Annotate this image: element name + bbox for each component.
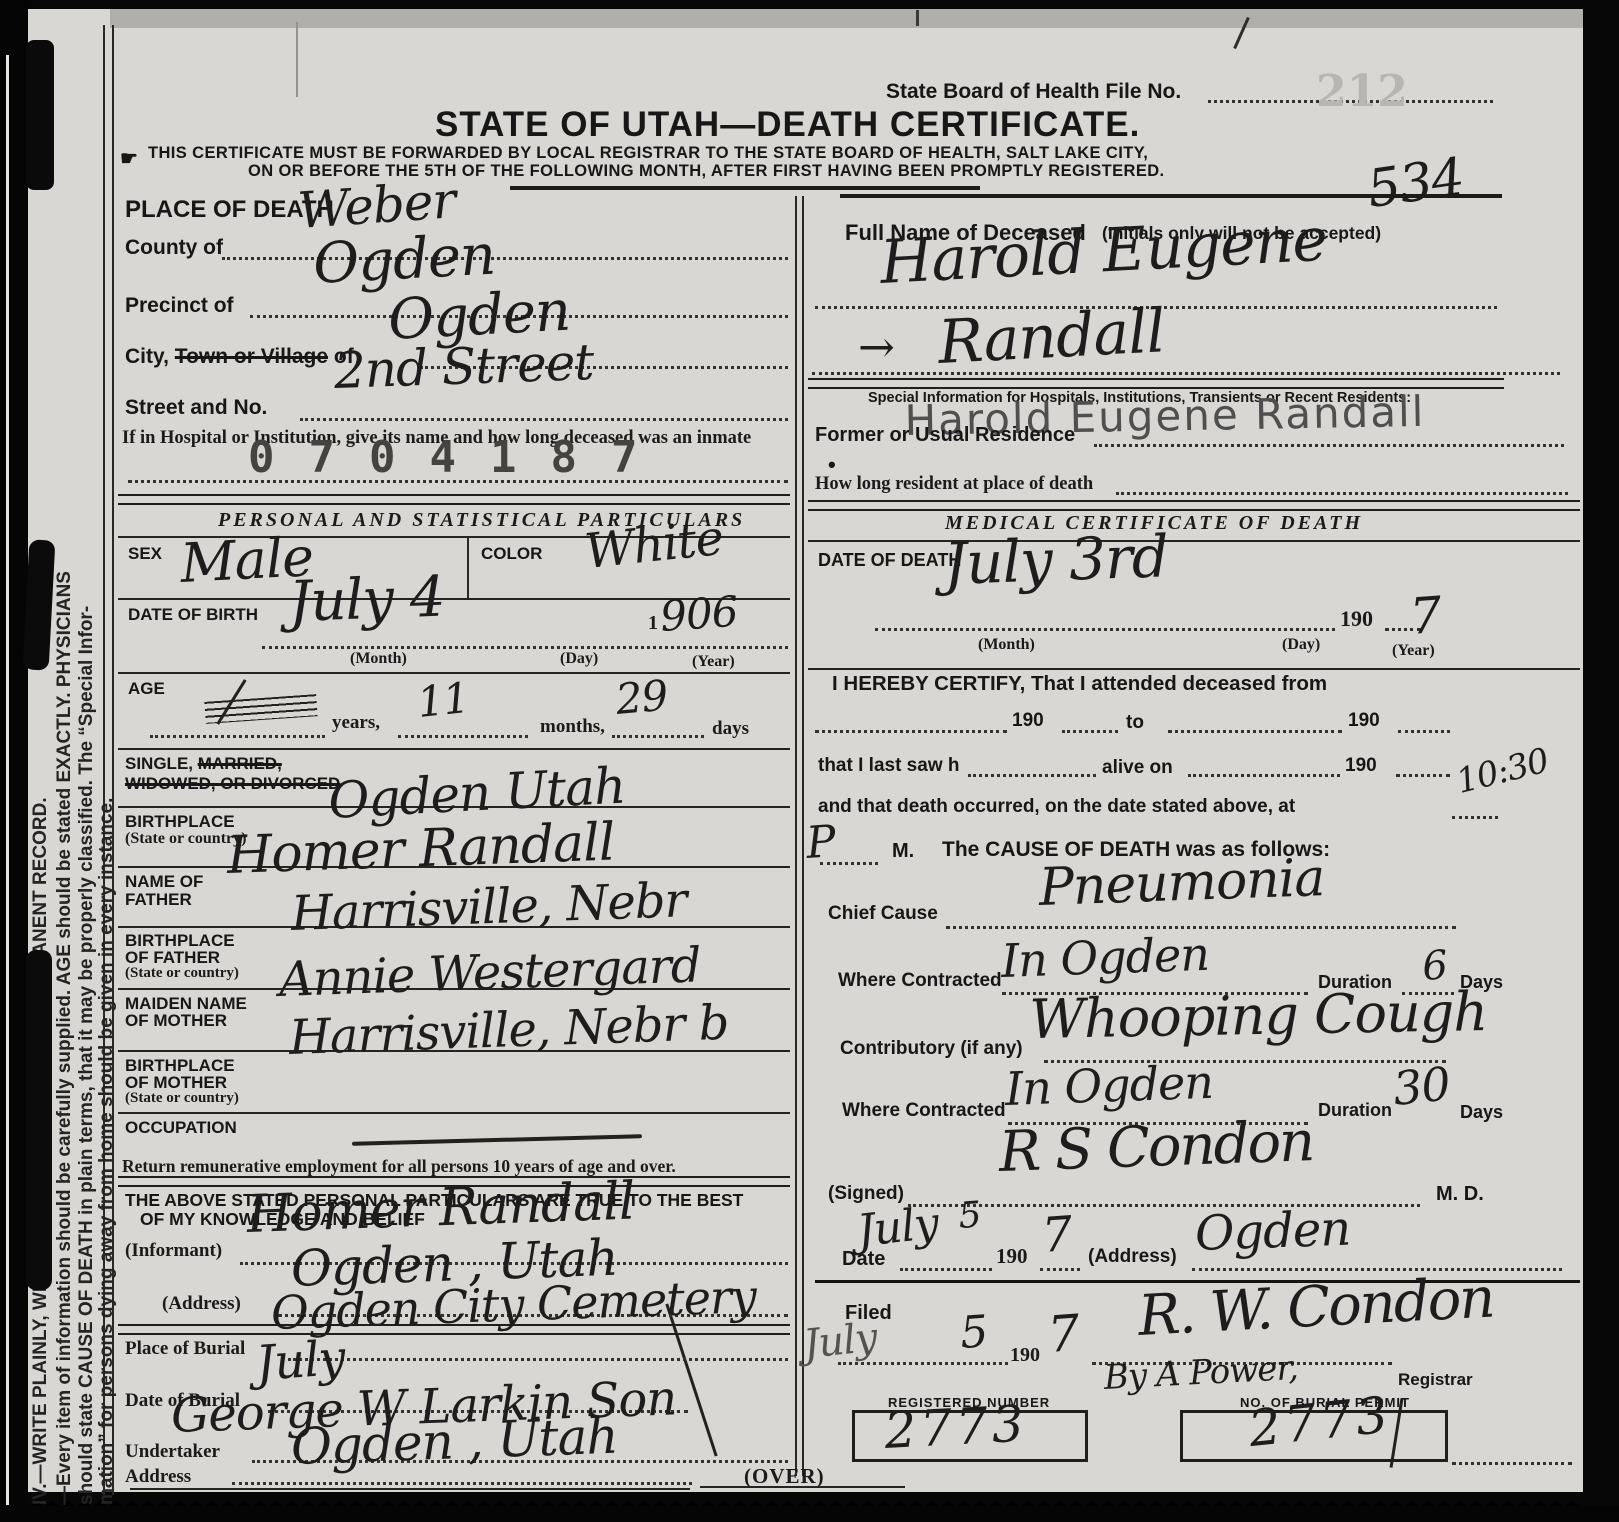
- scan-bottom-edge: [0, 1506, 1619, 1522]
- dod-year-prefix: 190: [1340, 606, 1373, 632]
- age-label: AGE: [128, 679, 165, 699]
- street-label: Street and No.: [125, 396, 267, 420]
- where-contracted1-value: In Ogden: [1000, 927, 1210, 988]
- county-label: County of: [125, 236, 223, 260]
- dod-day: 3rd: [1068, 522, 1169, 593]
- occurred-line: and that death occurred, on the date sta…: [818, 796, 1295, 818]
- over-label: (OVER): [744, 1464, 825, 1489]
- lastsaw-label2: alive on: [1102, 757, 1173, 779]
- sidebar-instruction-line4: mation” for persons dying away from home…: [96, 798, 118, 1505]
- city-label-struck: Town or Village: [175, 345, 328, 368]
- chief-cause-label: Chief Cause: [828, 903, 938, 925]
- county-blank: [222, 257, 788, 260]
- burial-place-blank: [288, 1358, 788, 1361]
- dod-day-sub: (Day): [1282, 636, 1320, 654]
- deceased-name-line2: Randall: [936, 296, 1166, 378]
- dob-label: DATE OF BIRTH: [128, 605, 258, 625]
- former-residence-label: Former or Usual Residence: [815, 424, 1075, 447]
- days2-label: Days: [1460, 1102, 1503, 1123]
- sex-label: SEX: [128, 544, 162, 564]
- burial-addr-blank: [232, 1482, 692, 1485]
- marital-line2-struck: WIDOWED, OR DIVORCED: [125, 774, 340, 794]
- rule: [808, 668, 1580, 670]
- undertaker-label: Undertaker: [125, 1441, 220, 1463]
- lastsaw-blank1: [968, 774, 1096, 777]
- column-divider-outer: [795, 196, 797, 1476]
- where-contracted2-value: In Ogden: [1004, 1055, 1214, 1116]
- age-months-value: 11: [415, 673, 471, 727]
- scan-artifact: [916, 10, 919, 26]
- signed-value: R S Condon: [998, 1109, 1314, 1185]
- dob-day-sub: (Day): [560, 650, 598, 668]
- file-no-label: State Board of Health File No.: [886, 80, 1181, 104]
- dod-value: July 3rd: [943, 522, 1169, 598]
- date-year-value: 7: [1040, 1206, 1073, 1264]
- file-stamp-faded: 212: [1316, 66, 1408, 117]
- notice-line1: THIS CERTIFICATE MUST BE FORWARDED BY LO…: [148, 144, 1148, 163]
- where-contracted1-label: Where Contracted: [838, 970, 1002, 992]
- filed-day-value: 5: [958, 1306, 988, 1359]
- date-month-value: July: [855, 1198, 941, 1257]
- death-certificate-scan: IV.—WRITE PLAINLY, WITH UNFADING INK—THI…: [0, 0, 1619, 1522]
- column-divider-inner: [802, 196, 804, 1476]
- certify-blank4: [1398, 730, 1450, 733]
- date-addr-label: (Address): [1088, 1246, 1177, 1268]
- scan-smudge: [26, 950, 52, 1290]
- occupation-label: OCCUPATION: [125, 1118, 237, 1138]
- date-addr-value: Ogden: [1194, 1201, 1351, 1262]
- city-label-prefix: City,: [125, 345, 169, 368]
- bottom-right-blank: [1452, 1462, 1572, 1465]
- where-contracted2-label: Where Contracted: [842, 1100, 1006, 1122]
- duration2-label: Duration: [1318, 1100, 1392, 1121]
- marital-line1: SINGLE, MARRIED,: [125, 754, 282, 774]
- birthplace-label: BIRTHPLACE: [125, 812, 235, 832]
- color-label: COLOR: [481, 544, 542, 564]
- dob-year: 906: [659, 587, 739, 641]
- lastsaw-blank2: [1188, 774, 1340, 777]
- date-blank2: [1040, 1268, 1080, 1271]
- dob-month-day: July 4: [288, 565, 446, 635]
- scan-right-edge: [1583, 0, 1619, 1522]
- ampm-blank: [820, 862, 878, 865]
- lastsaw-label1: that I last saw h: [818, 755, 959, 777]
- dob-year-sub: (Year): [692, 653, 735, 671]
- informant-label: (Informant): [125, 1240, 222, 1262]
- street-blank: [300, 418, 788, 421]
- date-190: 190: [996, 1244, 1028, 1269]
- date-blank1: [900, 1268, 992, 1271]
- registered-number-value: 2773: [883, 1395, 1029, 1460]
- hospital-blank: [128, 480, 788, 483]
- howlong-label: How long resident at place of death: [815, 474, 1093, 495]
- dob-month: July: [288, 566, 394, 635]
- rule: [118, 748, 790, 750]
- age-days-value: 29: [614, 671, 670, 724]
- section-rule: [118, 494, 790, 505]
- age-years-blank: [150, 735, 325, 738]
- dob-year-prefix: 1: [648, 612, 658, 635]
- dod-label: DATE OF DEATH: [818, 550, 961, 571]
- dod-month: July: [943, 526, 1053, 598]
- scan-top-edge: [0, 0, 1619, 9]
- scan-artifact: [296, 22, 298, 97]
- chief-cause-value: Pneumonia: [1038, 848, 1325, 918]
- age-years-label: years,: [332, 712, 380, 734]
- sidebar-instruction-line2: —Every item of information should be car…: [54, 571, 76, 1505]
- ampm-label: M.: [892, 840, 914, 863]
- marital-married-struck: MARRIED,: [198, 754, 282, 773]
- filed-year-value: 7: [1046, 1304, 1081, 1364]
- marital-single: SINGLE,: [125, 754, 193, 773]
- dod-month-sub: (Month): [978, 636, 1035, 654]
- scan-top-shadow: [110, 9, 1619, 28]
- occurred-blank: [1452, 816, 1498, 819]
- scan-left-edge: [0, 0, 28, 1522]
- certify-blank1: [815, 730, 1007, 733]
- rule: [808, 540, 1580, 542]
- dod-year: 7: [1408, 586, 1443, 646]
- arrow-mark: →: [858, 322, 894, 373]
- age-months-label: months,: [540, 716, 605, 738]
- registrar-label: Registrar: [1398, 1370, 1473, 1390]
- certificate-title: STATE OF UTAH—DEATH CERTIFICATE.: [435, 105, 1140, 145]
- city-label: City, Town or Village of: [125, 345, 354, 369]
- mother-bp-sub: (State or country): [125, 1090, 239, 1107]
- duration2-value: 30: [1390, 1056, 1452, 1116]
- informant-addr-label: (Address): [162, 1293, 241, 1315]
- age-months-blank: [398, 735, 528, 738]
- certify-line: I HEREBY CERTIFY, That I attended deceas…: [832, 672, 1327, 696]
- rule: [130, 1488, 690, 1490]
- section-rule: [808, 500, 1580, 511]
- burial-addr-value: Ogden , Utah: [290, 1407, 619, 1476]
- name-top-rule: [840, 194, 1502, 198]
- dob-day: 4: [409, 565, 446, 631]
- contributory-value: Whooping Cough: [1029, 980, 1488, 1051]
- certify-190a: 190: [1012, 710, 1044, 732]
- name-blank2: [812, 372, 1560, 375]
- mother-label2: OF MOTHER: [125, 1011, 227, 1031]
- scan-smudge: [26, 40, 54, 190]
- filed-month-value: July: [801, 1315, 879, 1368]
- hospital-stamp-number: 0704187: [248, 432, 671, 483]
- lastsaw-blank3: [1396, 774, 1450, 777]
- dod-blank: [875, 628, 1335, 631]
- lastsaw-190: 190: [1345, 755, 1377, 777]
- age-days-label: days: [712, 718, 749, 740]
- certify-to: to: [1126, 712, 1144, 734]
- age-days-blank: [612, 735, 704, 738]
- street-value: 2nd Street: [333, 333, 594, 400]
- sidebar-instruction-line3: should state CAUSE OF DEATH in plain ter…: [76, 606, 98, 1505]
- father-bp-sub: (State or country): [125, 965, 239, 982]
- scan-left-white-line: [6, 55, 9, 1505]
- pointing-hand-icon: ☛: [120, 146, 138, 171]
- filed-blank1: [838, 1362, 1008, 1365]
- burial-addr-label: Address: [125, 1466, 191, 1488]
- dod-year-sub: (Year): [1392, 642, 1435, 660]
- precinct-label: Precinct of: [125, 294, 234, 318]
- former-residence-blank: [1094, 444, 1564, 447]
- dob-blank: [262, 646, 788, 649]
- certify-blank3: [1168, 730, 1342, 733]
- burial-place-label: Place of Burial: [125, 1338, 245, 1360]
- certify-blank2: [1062, 730, 1118, 733]
- date-day-value: 5: [957, 1195, 982, 1237]
- father-label1: NAME OF: [125, 872, 203, 892]
- father-label2: FATHER: [125, 890, 192, 910]
- header-rule: [510, 186, 980, 190]
- sex-color-divider: [467, 536, 469, 598]
- certify-190b: 190: [1348, 710, 1380, 732]
- howlong-blank: [1116, 492, 1568, 495]
- md-label: M. D.: [1436, 1183, 1484, 1206]
- rule: [118, 1112, 790, 1114]
- filed-190: 190: [1010, 1344, 1040, 1367]
- contributory-label: Contributory (if any): [840, 1038, 1023, 1060]
- dob-month-sub: (Month): [350, 650, 407, 668]
